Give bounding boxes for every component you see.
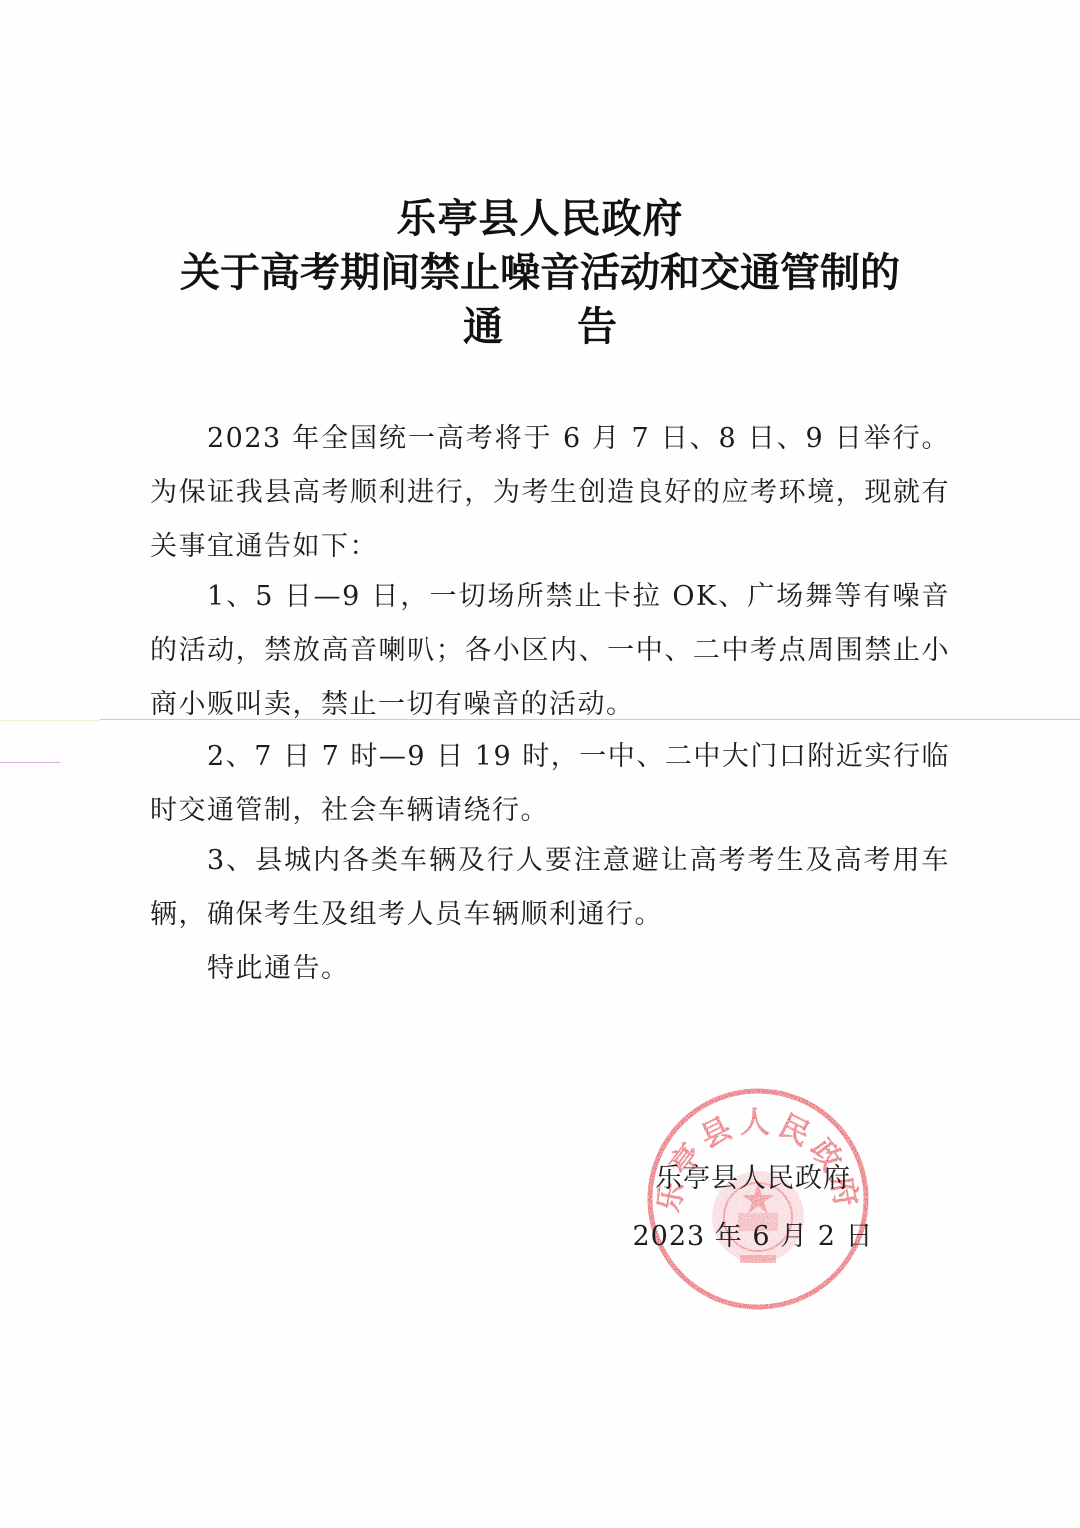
item-2-text: 2、7 日 7 时—9 日 19 时，一中、二中大门口附近实行临时交通管制，社会… <box>150 730 950 838</box>
paragraph-closing: 特此通告。 <box>150 942 950 996</box>
signature-block: 乐亭县人民政府 2023 年 6 月 2 日 <box>628 1150 878 1266</box>
title-subject: 关于高考期间禁止噪音活动和交通管制的 <box>0 246 1080 300</box>
item-3-text: 3、县城内各类车辆及行人要注意避让高考考生及高考用车辆，确保考生及组考人员车辆顺… <box>150 834 950 942</box>
scan-artifact-line <box>0 720 100 721</box>
signature-issuer: 乐亭县人民政府 <box>628 1150 878 1208</box>
paragraph-item-3: 3、县城内各类车辆及行人要注意避让高考考生及高考用车辆，确保考生及组考人员车辆顺… <box>150 834 950 942</box>
closing-text: 特此通告。 <box>150 942 950 996</box>
title-type: 通告 <box>0 300 1080 354</box>
intro-text: 2023 年全国统一高考将于 6 月 7 日、8 日、9 日举行。为保证我县高考… <box>150 412 950 574</box>
paragraph-intro: 2023 年全国统一高考将于 6 月 7 日、8 日、9 日举行。为保证我县高考… <box>150 412 950 574</box>
document-page: 乐亭县人民政府 关于高考期间禁止噪音活动和交通管制的 通告 2023 年全国统一… <box>0 0 1080 1528</box>
signature-date: 2023 年 6 月 2 日 <box>628 1208 878 1266</box>
document-title: 乐亭县人民政府 关于高考期间禁止噪音活动和交通管制的 通告 <box>0 192 1080 354</box>
title-issuer: 乐亭县人民政府 <box>0 192 1080 246</box>
item-1-text: 1、5 日—9 日，一切场所禁止卡拉 OK、广场舞等有噪音的活动，禁放高音喇叭；… <box>150 570 950 732</box>
scan-artifact-line <box>0 762 60 763</box>
paragraph-item-1: 1、5 日—9 日，一切场所禁止卡拉 OK、广场舞等有噪音的活动，禁放高音喇叭；… <box>150 570 950 732</box>
scan-artifact-line <box>100 719 1080 720</box>
paragraph-item-2: 2、7 日 7 时—9 日 19 时，一中、二中大门口附近实行临时交通管制，社会… <box>150 730 950 838</box>
